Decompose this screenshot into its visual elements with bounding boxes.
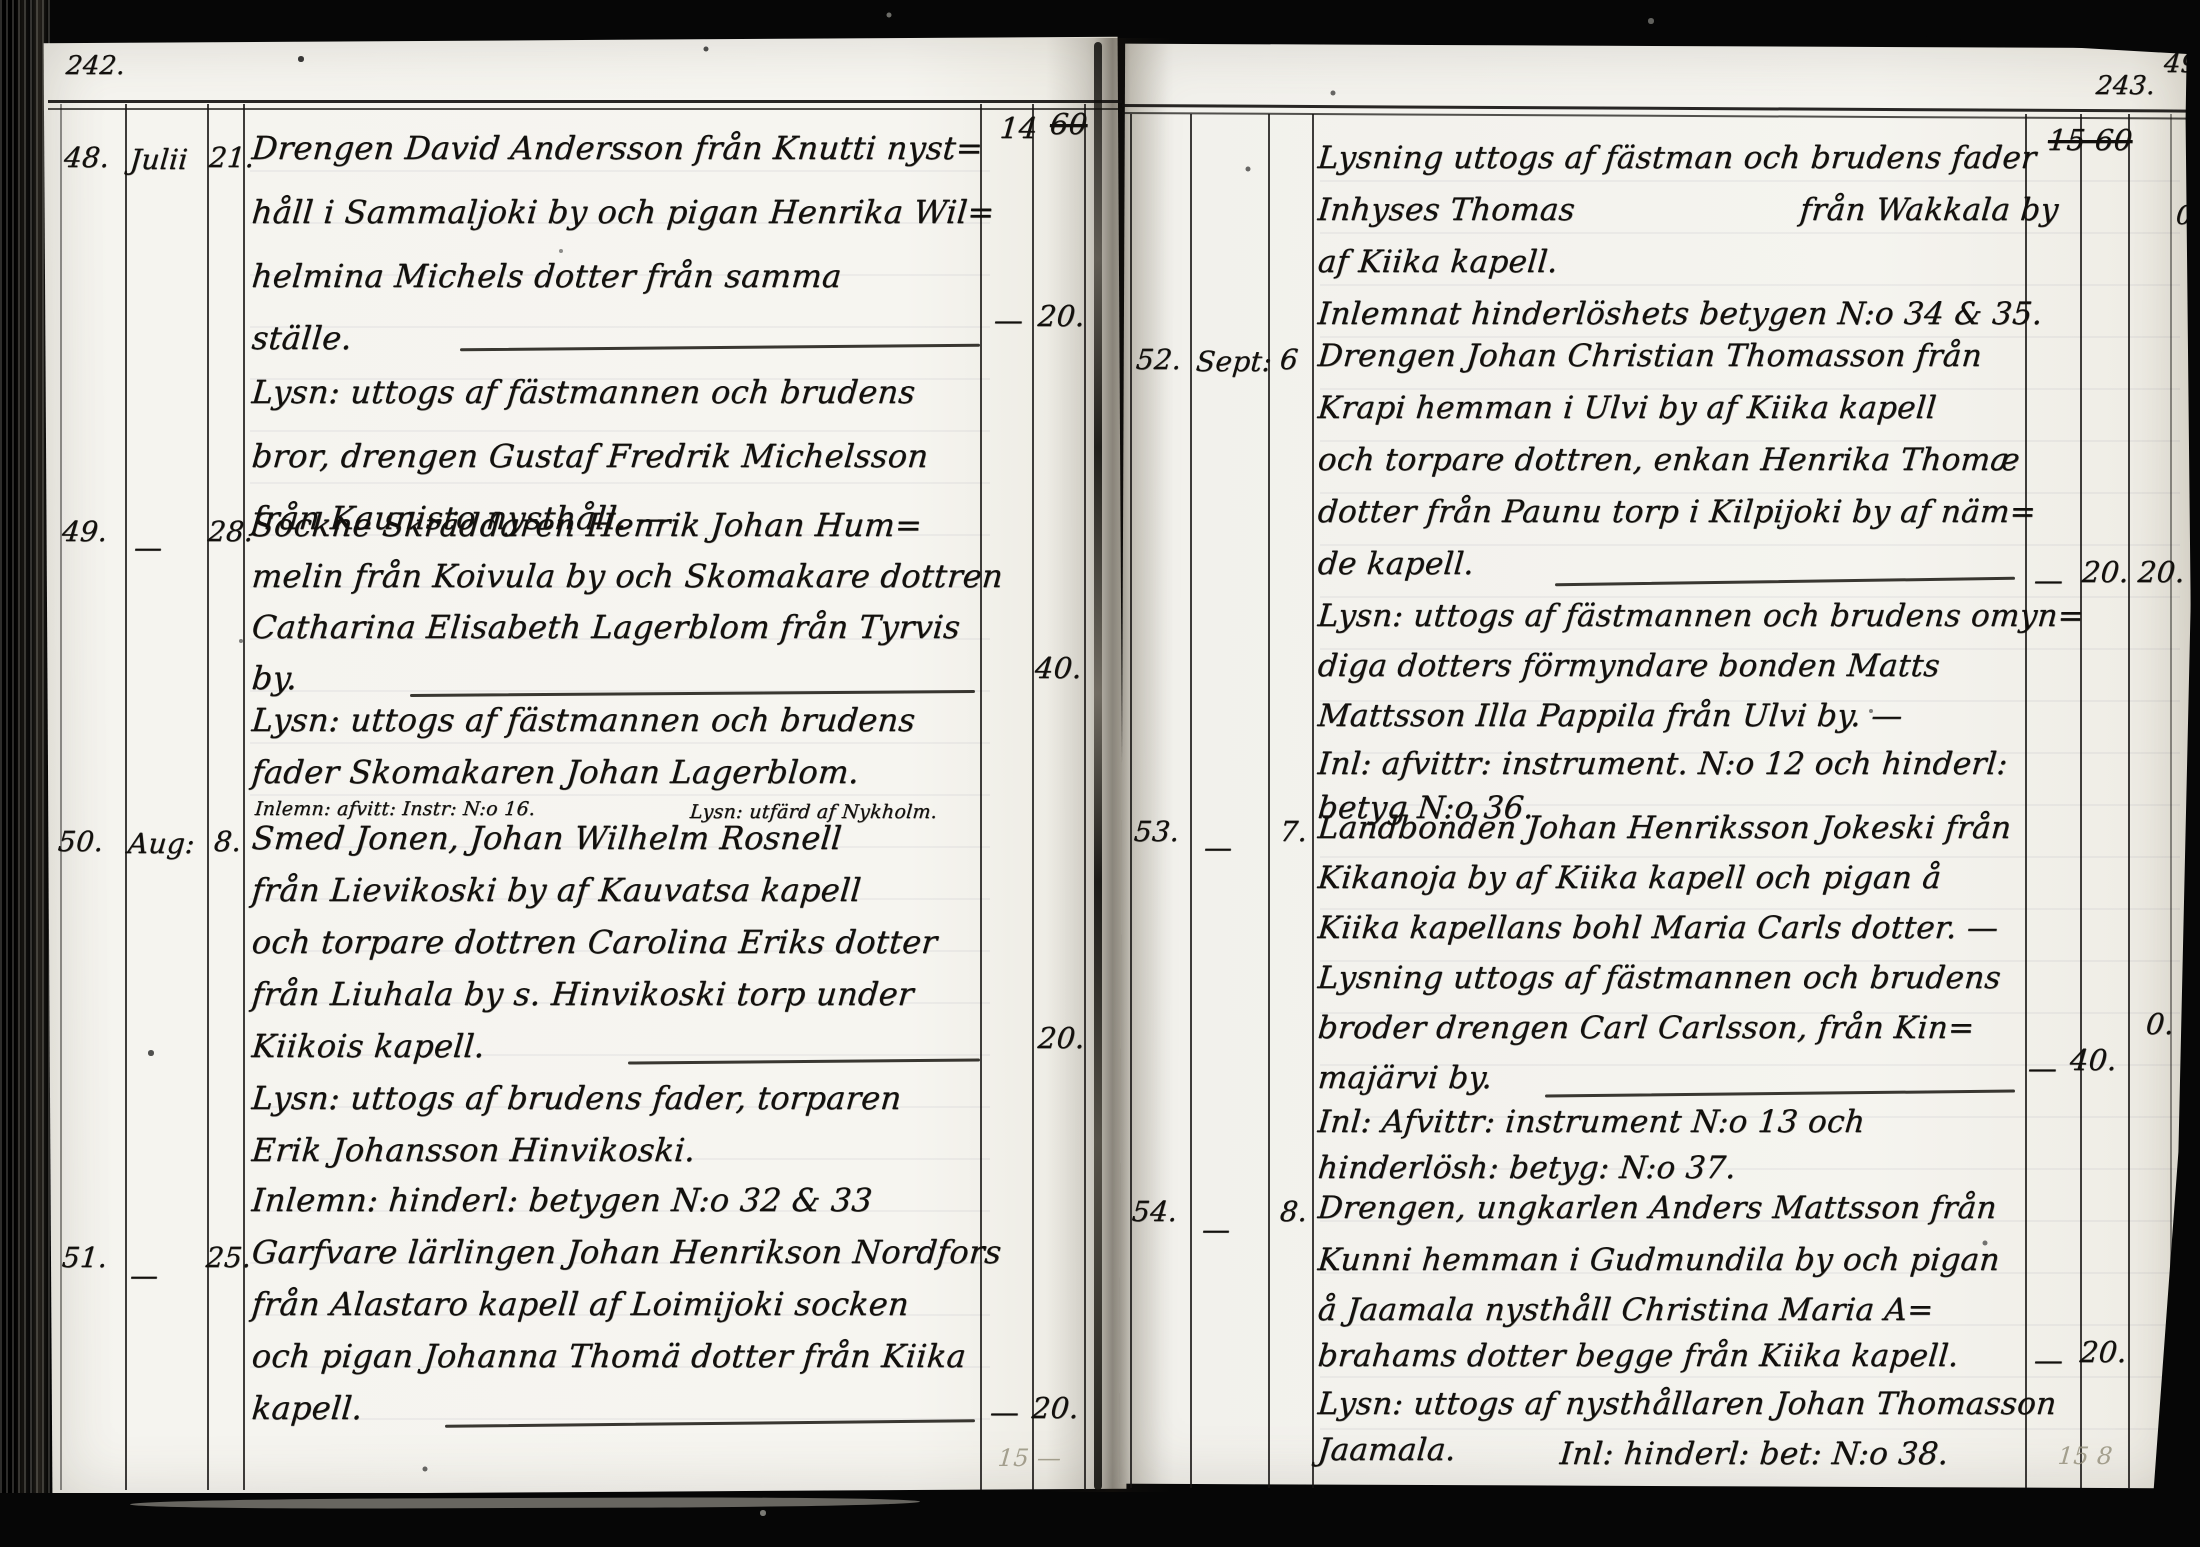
entry-53-fee: 40. bbox=[2068, 1040, 2119, 1080]
entry-52-desc-line: och torpare dottren, enkan Henrika Thomæ bbox=[1316, 440, 2021, 480]
column-rule bbox=[60, 104, 62, 1490]
entry-48-banns-line: bror, drengen Gustaf Fredrik Michelsson bbox=[250, 436, 930, 476]
entry-50-desc-line: från Lievikoski by af Kauvatsa kapell bbox=[250, 870, 863, 910]
continuation-line: Lysning uttogs af fästman och brudens fa… bbox=[1316, 138, 2038, 178]
entry-52-desc-line: Krapi hemman i Ulvi by af Kiika kapell bbox=[1316, 388, 1938, 428]
entry-52-banns-line: diga dotters förmyndare bonden Matts bbox=[1316, 646, 1941, 686]
entry-53-desc-line: Kikanoja by af Kiika kapell och pigan å bbox=[1316, 858, 1943, 898]
entry-52-desc-line: de kapell. bbox=[1316, 544, 1476, 584]
column-rule bbox=[2128, 114, 2130, 1488]
entry-54-desc-line: å Jaamala nysthåll Christina Maria A= bbox=[1316, 1290, 1935, 1330]
entry-53-note-line: hinderlösh: betyg: N:o 37. bbox=[1316, 1148, 1737, 1188]
entry-54-desc-line: brahams dotter begge från Kiika kapell. bbox=[1316, 1336, 1960, 1376]
continuation-line: Inlemnat hinderlöshets betygen N:o 34 & … bbox=[1316, 294, 2044, 334]
continuation-line: Inhyses Thomas bbox=[1316, 190, 1576, 230]
entry-month: Julii bbox=[128, 140, 189, 180]
entry-50-desc-line: och torpare dottren Carolina Eriks dotte… bbox=[250, 922, 939, 962]
entry-49-fee: 40. bbox=[1033, 648, 1084, 688]
column-rule bbox=[243, 104, 245, 1490]
entry-month-ditto: — bbox=[1200, 1210, 1232, 1250]
entry-month-ditto: — bbox=[128, 1256, 160, 1296]
entry-49-banns-line: Lysn: uttogs af fästmannen och brudens bbox=[250, 700, 917, 740]
entry-52-banns-line: Mattsson Illa Pappila från Ulvi by. — bbox=[1316, 696, 1904, 736]
continuation-line: från Wakkala by bbox=[1798, 190, 2060, 230]
column-rule bbox=[1312, 114, 1314, 1488]
book-spine bbox=[0, 0, 50, 1547]
entry-49-desc-line: Catharina Elisabeth Lagerblom från Tyrvi… bbox=[250, 607, 962, 647]
entry-52-desc-line: dotter från Paunu torp i Kilpijoki by af… bbox=[1316, 492, 2038, 532]
continuation-line: af Kiika kapell. bbox=[1316, 242, 1559, 282]
column-rule bbox=[980, 104, 982, 1490]
header-rule bbox=[48, 108, 1122, 110]
carry-amount-struck: 15 60 bbox=[2046, 120, 2134, 160]
entry-day: 28. bbox=[206, 512, 255, 552]
entry-49-desc-line: Sockne Skräddaren Henrik Johan Hum= bbox=[250, 505, 924, 545]
entry-49-desc-line: by. bbox=[250, 658, 299, 698]
entry-51-desc-line: från Alastaro kapell af Loimijoki socken bbox=[250, 1284, 910, 1324]
entry-48-desc-line: håll i Sammaljoki by och pigan Henrika W… bbox=[250, 192, 996, 232]
entry-day: 25. bbox=[204, 1238, 253, 1278]
entry-48-desc-line: ställe. bbox=[250, 318, 354, 358]
scanned-parish-register-spread: { "left_page": { "page_number": "242.", … bbox=[0, 0, 2200, 1547]
entry-48-banns-line: Lysn: uttogs af fästmannen och brudens bbox=[250, 372, 917, 412]
entry-52-banns-line: Lysn: uttogs af fästmannen och brudens o… bbox=[1316, 596, 2086, 636]
entry-52-fee-edge: 20. bbox=[2136, 552, 2187, 592]
entry-48-desc-line: Drengen David Andersson från Knutti nyst… bbox=[250, 128, 985, 168]
pencil-total: 15 8 bbox=[2056, 1436, 2114, 1476]
entry-54-fee-dash: — bbox=[2032, 1340, 2065, 1380]
entry-50-fee: 20. bbox=[1036, 1018, 1087, 1058]
entry-day: 7. bbox=[1278, 812, 1309, 852]
entry-day: 8. bbox=[212, 822, 243, 862]
entry-52-desc-line: Drengen Johan Christian Thomasson från bbox=[1316, 336, 1983, 376]
column-rule bbox=[1268, 114, 1270, 1488]
entry-51-desc-line: kapell. bbox=[250, 1388, 364, 1428]
entry-day: 6 bbox=[1278, 340, 1300, 380]
entry-53-note-line: Inl: Afvittr: instrument N:o 13 och bbox=[1316, 1102, 1867, 1142]
entry-53-desc-line: Landbonden Johan Henriksson Jokeski från bbox=[1316, 808, 2013, 848]
entry-48-fee-dash: — bbox=[992, 300, 1025, 340]
entry-51-desc-line: Garfvare lärlingen Johan Henrikson Nordf… bbox=[250, 1232, 1003, 1272]
entry-50-banns-line: Lysn: uttogs af brudens fader, torparen bbox=[250, 1078, 903, 1118]
entry-49-banns-line: fader Skomakaren Johan Lagerblom. bbox=[250, 752, 861, 792]
entry-51-fee: 20. bbox=[1030, 1388, 1081, 1428]
carry-amount: 14 bbox=[998, 108, 1039, 148]
entry-54-desc-line: Kunni hemman i Gudmundila by och pigan bbox=[1316, 1240, 2001, 1280]
entry-48-fee: 20. bbox=[1036, 296, 1087, 336]
entry-50-desc-line: från Liuhala by s. Hinvikoski torp under bbox=[250, 974, 915, 1014]
left-page-number: 242. bbox=[64, 46, 127, 86]
entry-month: Aug: bbox=[126, 824, 196, 864]
entry-50-desc-line: Smed Jonen, Johan Wilhelm Rosnell bbox=[250, 818, 843, 858]
entry-50-banns-line: Inlemn: hinderl: betygen N:o 32 & 33 bbox=[250, 1180, 874, 1220]
column-rule bbox=[1032, 104, 1034, 1490]
entry-49-desc-line: melin från Koivula by och Skomakare dott… bbox=[250, 556, 1005, 596]
pencil-total: 15 — bbox=[996, 1438, 1063, 1478]
entry-number: 48. bbox=[62, 138, 111, 178]
entry-53-banns-line: broder drengen Carl Carlsson, från Kin= bbox=[1316, 1008, 1976, 1048]
entry-54-banns-line: Inl: hinderl: bet: N:o 38. bbox=[1558, 1434, 1950, 1474]
header-rule bbox=[48, 100, 1122, 103]
entry-month: Sept: bbox=[1194, 342, 1273, 382]
column-rule bbox=[2080, 114, 2082, 1488]
entry-number: 52. bbox=[1134, 340, 1183, 380]
entry-month-ditto: — bbox=[1202, 828, 1234, 868]
entry-53-fee-dash: — bbox=[2026, 1048, 2059, 1088]
entry-day: 21. bbox=[207, 138, 256, 178]
entry-53-banns-line: Lysning uttogs af fästmannen och brudens bbox=[1316, 958, 2002, 998]
entry-54-banns-line: Jaamala. bbox=[1316, 1430, 1457, 1470]
entry-53-desc-line: Kiika kapellans bohl Maria Carls dotter.… bbox=[1316, 908, 2000, 948]
entry-51-desc-line: och pigan Johanna Thomä dotter från Kiik… bbox=[250, 1336, 968, 1376]
entry-53-fee-edge: 0. bbox=[2144, 1004, 2176, 1044]
entry-54-desc-line: Drengen, ungkarlen Anders Mattsson från bbox=[1316, 1188, 1998, 1228]
entry-51-fee-dash: — bbox=[988, 1392, 1021, 1432]
entry-53-banns-line: majärvi by. bbox=[1316, 1058, 1494, 1098]
scan-noise bbox=[0, 0, 2, 2]
entry-month-ditto: — bbox=[132, 528, 164, 568]
entry-54-fee: 20. bbox=[2078, 1332, 2129, 1372]
entry-number: 50. bbox=[56, 822, 105, 862]
entry-48-desc-line: helmina Michels dotter från samma bbox=[250, 256, 843, 296]
gutter-shadow bbox=[1046, 38, 1174, 1492]
column-rule bbox=[1190, 114, 1192, 1488]
entry-50-desc-line: Kiikois kapell. bbox=[250, 1026, 486, 1066]
column-rule bbox=[207, 104, 209, 1490]
column-rule bbox=[125, 104, 127, 1490]
column-rule bbox=[1130, 114, 1132, 1488]
gutter-fold-line bbox=[1094, 42, 1102, 1490]
entry-number: 49. bbox=[60, 512, 109, 552]
entry-49-small-note: Inlemn: afvitt: Instr: N:o 16. bbox=[254, 798, 536, 820]
entry-day: 8. bbox=[1278, 1192, 1309, 1232]
entry-52-fee-dash: — bbox=[2032, 560, 2065, 600]
entry-number: 54. bbox=[1130, 1192, 1179, 1232]
entry-52-banns-line: Inl: afvittr: instrument. N:o 12 och hin… bbox=[1316, 744, 2009, 784]
entry-50-banns-line: Erik Johansson Hinvikoski. bbox=[250, 1130, 697, 1170]
entry-number: 53. bbox=[1132, 812, 1181, 852]
carry-amount-struck: 60 bbox=[1048, 104, 1089, 144]
right-page-number: 243. bbox=[2094, 66, 2157, 106]
entry-54-banns-line: Lysn: uttogs af nysthållaren Johan Thoma… bbox=[1316, 1384, 2058, 1424]
entry-52-fee: 20. bbox=[2080, 552, 2131, 592]
entry-number: 51. bbox=[60, 1238, 109, 1278]
